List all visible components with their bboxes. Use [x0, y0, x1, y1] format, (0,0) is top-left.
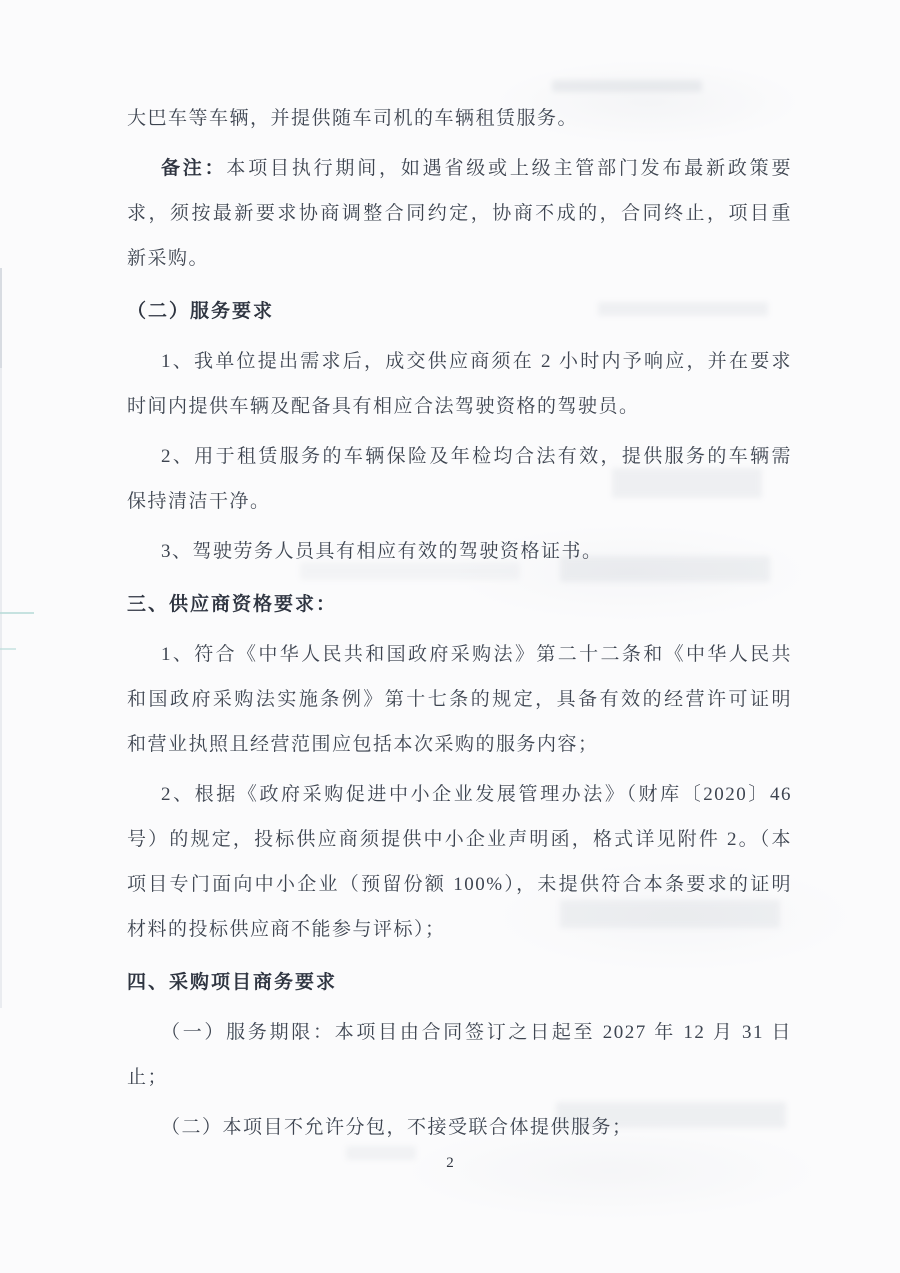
text-line: 和国政府采购法实施条例》第十七条的规定，具备有效的经营许可证明 [127, 677, 792, 722]
text-line: 材料的投标供应商不能参与评标）； [127, 907, 792, 952]
scan-artifact [552, 80, 702, 92]
paragraph: （二）本项目不允许分包，不接受联合体提供服务； [127, 1105, 792, 1150]
scan-edge-line [0, 268, 2, 368]
text-line: 新采购。 [127, 236, 792, 281]
text-line: （一）服务期限：本项目由合同签订之日起至 2027 年 12 月 31 日 [127, 1010, 792, 1055]
text-line: （二）本项目不允许分包，不接受联合体提供服务； [127, 1105, 792, 1150]
paragraph: 1、我单位提出需求后，成交供应商须在 2 小时内予响应，并在要求时间内提供车辆及… [127, 339, 792, 429]
document-body: 大巴车等车辆，并提供随车司机的车辆租赁服务。备注：本项目执行期间，如遇省级或上级… [127, 96, 792, 1150]
text-line: 和营业执照且经营范围应包括本次采购的服务内容； [127, 722, 792, 767]
paragraph: （一）服务期限：本项目由合同签订之日起至 2027 年 12 月 31 日止； [127, 1010, 792, 1100]
text-line: 止； [127, 1055, 792, 1100]
scan-edge-line [0, 368, 2, 1008]
text-line: 保持清洁干净。 [127, 479, 792, 524]
text-line: 备注：本项目执行期间，如遇省级或上级主管部门发布最新政策要 [127, 146, 792, 191]
scan-edge-tick [0, 612, 34, 614]
text-line: 求，须按最新要求协商调整合同约定，协商不成的，合同终止，项目重 [127, 191, 792, 236]
text-line: 四、采购项目商务要求 [127, 960, 792, 1005]
paragraph: 备注：本项目执行期间，如遇省级或上级主管部门发布最新政策要求，须按最新要求协商调… [127, 146, 792, 281]
paragraph: 1、符合《中华人民共和国政府采购法》第二十二条和《中华人民共和国政府采购法实施条… [127, 632, 792, 767]
text-line: 2、根据《政府采购促进中小企业发展管理办法》（财库〔2020〕46 [127, 772, 792, 817]
paragraph: 大巴车等车辆，并提供随车司机的车辆租赁服务。 [127, 96, 792, 141]
section-heading: （二）服务要求 [127, 289, 792, 334]
text-line: 时间内提供车辆及配备具有相应合法驾驶资格的驾驶员。 [127, 384, 792, 429]
text-line: 3、驾驶劳务人员具有相应有效的驾驶资格证书。 [127, 529, 792, 574]
text-line: （二）服务要求 [127, 289, 792, 334]
text-line: 1、符合《中华人民共和国政府采购法》第二十二条和《中华人民共 [127, 632, 792, 677]
section-heading: 三、供应商资格要求： [127, 582, 792, 627]
text-line: 2、用于租赁服务的车辆保险及年检均合法有效，提供服务的车辆需 [127, 434, 792, 479]
paragraph: 2、根据《政府采购促进中小企业发展管理办法》（财库〔2020〕46号）的规定，投… [127, 772, 792, 952]
paragraph: 3、驾驶劳务人员具有相应有效的驾驶资格证书。 [127, 529, 792, 574]
text-line: 大巴车等车辆，并提供随车司机的车辆租赁服务。 [127, 96, 792, 141]
page-number: 2 [0, 1153, 900, 1173]
section-heading: 四、采购项目商务要求 [127, 960, 792, 1005]
text-line: 1、我单位提出需求后，成交供应商须在 2 小时内予响应，并在要求 [127, 339, 792, 384]
text-line: 号）的规定，投标供应商须提供中小企业声明函，格式详见附件 2。（本 [127, 817, 792, 862]
scan-edge-tick [0, 648, 16, 650]
text-line: 项目专门面向中小企业（预留份额 100%），未提供符合本条要求的证明 [127, 862, 792, 907]
scanned-document-page: 大巴车等车辆，并提供随车司机的车辆租赁服务。备注：本项目执行期间，如遇省级或上级… [0, 0, 900, 1273]
paragraph: 2、用于租赁服务的车辆保险及年检均合法有效，提供服务的车辆需保持清洁干净。 [127, 434, 792, 524]
text-line: 三、供应商资格要求： [127, 582, 792, 627]
bold-prefix: 备注： [161, 158, 226, 179]
